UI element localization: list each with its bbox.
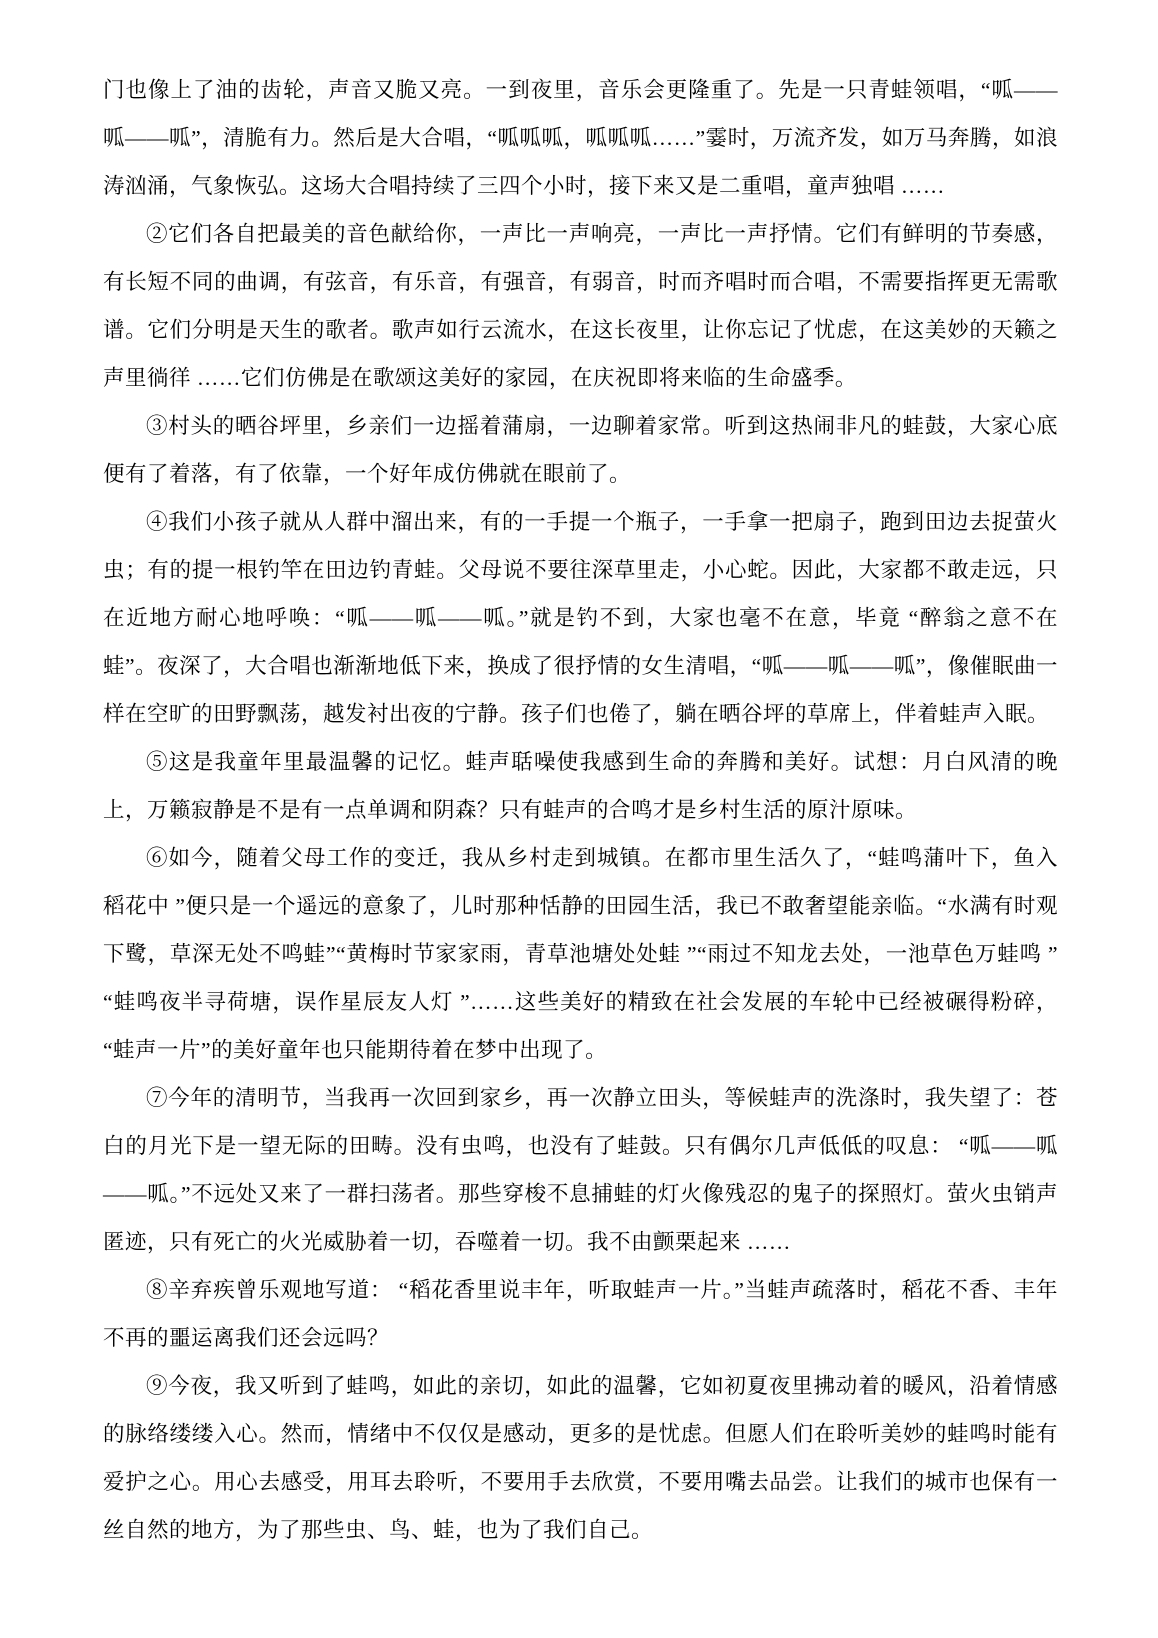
passage-body: 门也像上了油的齿轮，声音又脆又亮。一到夜里，音乐会更隆重了。先是一只青蛙领唱，“… <box>103 66 1058 1554</box>
paragraph-6: ⑥如今，随着父母工作的变迁，我从乡村走到城镇。在都市里生活久了，“蛙鸣蒲叶下，鱼… <box>103 834 1058 1074</box>
paragraph-1-continuation: 门也像上了油的齿轮，声音又脆又亮。一到夜里，音乐会更隆重了。先是一只青蛙领唱，“… <box>103 66 1058 210</box>
paragraph-7: ⑦今年的清明节，当我再一次回到家乡，再一次静立田头，等候蛙声的洗涤时，我失望了：… <box>103 1074 1058 1266</box>
paragraph-2: ②它们各自把最美的音色献给你，一声比一声响亮，一声比一声抒情。它们有鲜明的节奏感… <box>103 210 1058 402</box>
document-page: 门也像上了油的齿轮，声音又脆又亮。一到夜里，音乐会更隆重了。先是一只青蛙领唱，“… <box>0 0 1158 1638</box>
paragraph-4: ④我们小孩子就从人群中溜出来，有的一手提一个瓶子，一手拿一把扇子，跑到田边去捉萤… <box>103 498 1058 738</box>
paragraph-3: ③村头的晒谷坪里，乡亲们一边摇着蒲扇，一边聊着家常。听到这热闹非凡的蛙鼓，大家心… <box>103 402 1058 498</box>
paragraph-9: ⑨今夜，我又听到了蛙鸣，如此的亲切，如此的温馨，它如初夏夜里拂动着的暖风，沿着情… <box>103 1362 1058 1554</box>
paragraph-8: ⑧辛弃疾曾乐观地写道： “稻花香里说丰年，听取蛙声一片。”当蛙声疏落时，稻花不香… <box>103 1266 1058 1362</box>
paragraph-5: ⑤这是我童年里最温馨的记忆。蛙声聒噪使我感到生命的奔腾和美好。试想：月白风清的晚… <box>103 738 1058 834</box>
